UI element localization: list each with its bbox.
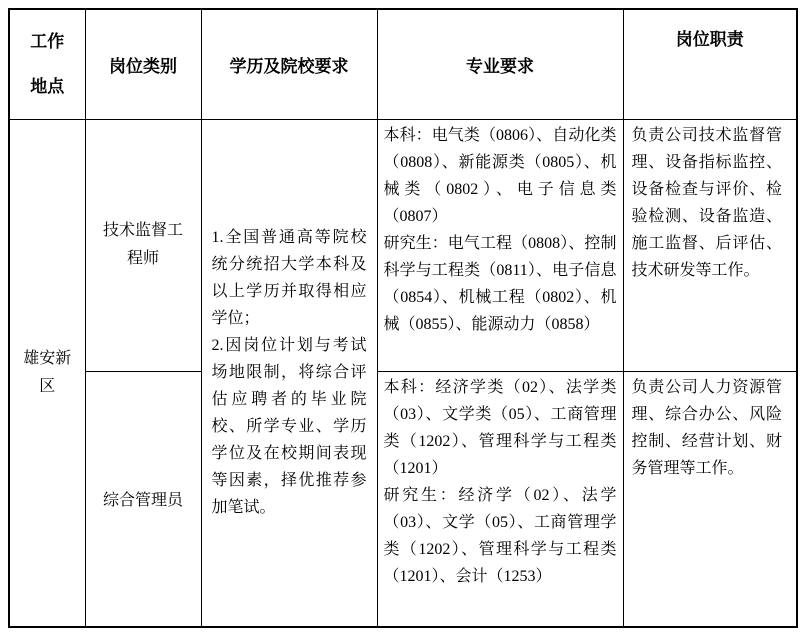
cell-position-category-1: 技术监督工程师 [85,119,201,371]
header-job-duty: 岗位职责 [623,9,797,119]
cell-major-requirement-1: 本科：电气类（0806）、自动化类（0808）、新能源类（0805）、机械类（0… [377,119,623,371]
cell-education-requirement: 1.全国普通高等院校统分统招大学本科及以上学历并取得相应学位； 2.因岗位计划与… [201,119,377,627]
table-row: 雄安新区 技术监督工程师 1.全国普通高等院校统分统招大学本科及以上学历并取得相… [9,119,797,371]
education-requirement-item-2: 2.因岗位计划与考试场地限制，将综合评估应聘者的毕业院校、所学专业、学历学位及在… [212,332,367,521]
table-header-row: 工作地点 岗位类别 学历及院校要求 专业要求 岗位职责 [9,9,797,119]
education-requirement-item-1: 1.全国普通高等院校统分统招大学本科及以上学历并取得相应学位； [212,224,367,332]
recruitment-table: 工作地点 岗位类别 学历及院校要求 专业要求 岗位职责 雄安新区 技术监督工程师… [8,8,798,628]
document-page: 工作地点 岗位类别 学历及院校要求 专业要求 岗位职责 雄安新区 技术监督工程师… [0,0,804,634]
major-graduate-1: 研究生：电气工程（0808）、控制科学与工程类（0811）、电子信息（0854）… [384,230,617,338]
cell-position-category-2: 综合管理员 [85,371,201,627]
work-location-value: 雄安新区 [22,345,73,401]
header-major-requirement: 专业要求 [377,9,623,119]
major-bachelor-1: 本科：电气类（0806）、自动化类（0808）、新能源类（0805）、机械类（0… [384,122,617,230]
cell-job-duty-2: 负责公司人力资源管理、综合办公、风险控制、经营计划、财务管理等工作。 [623,371,797,627]
header-work-location: 工作地点 [9,9,85,119]
cell-major-requirement-2: 本科：经济学类（02）、法学类（03）、文学类（05）、工商管理类（1202）、… [377,371,623,627]
table-row: 综合管理员 本科：经济学类（02）、法学类（03）、文学类（05）、工商管理类（… [9,371,797,627]
major-bachelor-2: 本科：经济学类（02）、法学类（03）、文学类（05）、工商管理类（1202）、… [384,374,617,482]
cell-work-location: 雄安新区 [9,119,85,627]
position-category-1-value: 技术监督工程师 [101,217,184,273]
header-work-location-label: 工作地点 [29,19,65,109]
major-graduate-2: 研究生：经济学（02）、法学（03）、文学（05）、工商管理学类（1202）、管… [384,482,617,590]
cell-job-duty-1: 负责公司技术监督管理、设备指标监控、设备检查与评价、检验检测、设备监造、施工监督… [623,119,797,371]
header-education-requirement: 学历及院校要求 [201,9,377,119]
header-position-category: 岗位类别 [85,9,201,119]
